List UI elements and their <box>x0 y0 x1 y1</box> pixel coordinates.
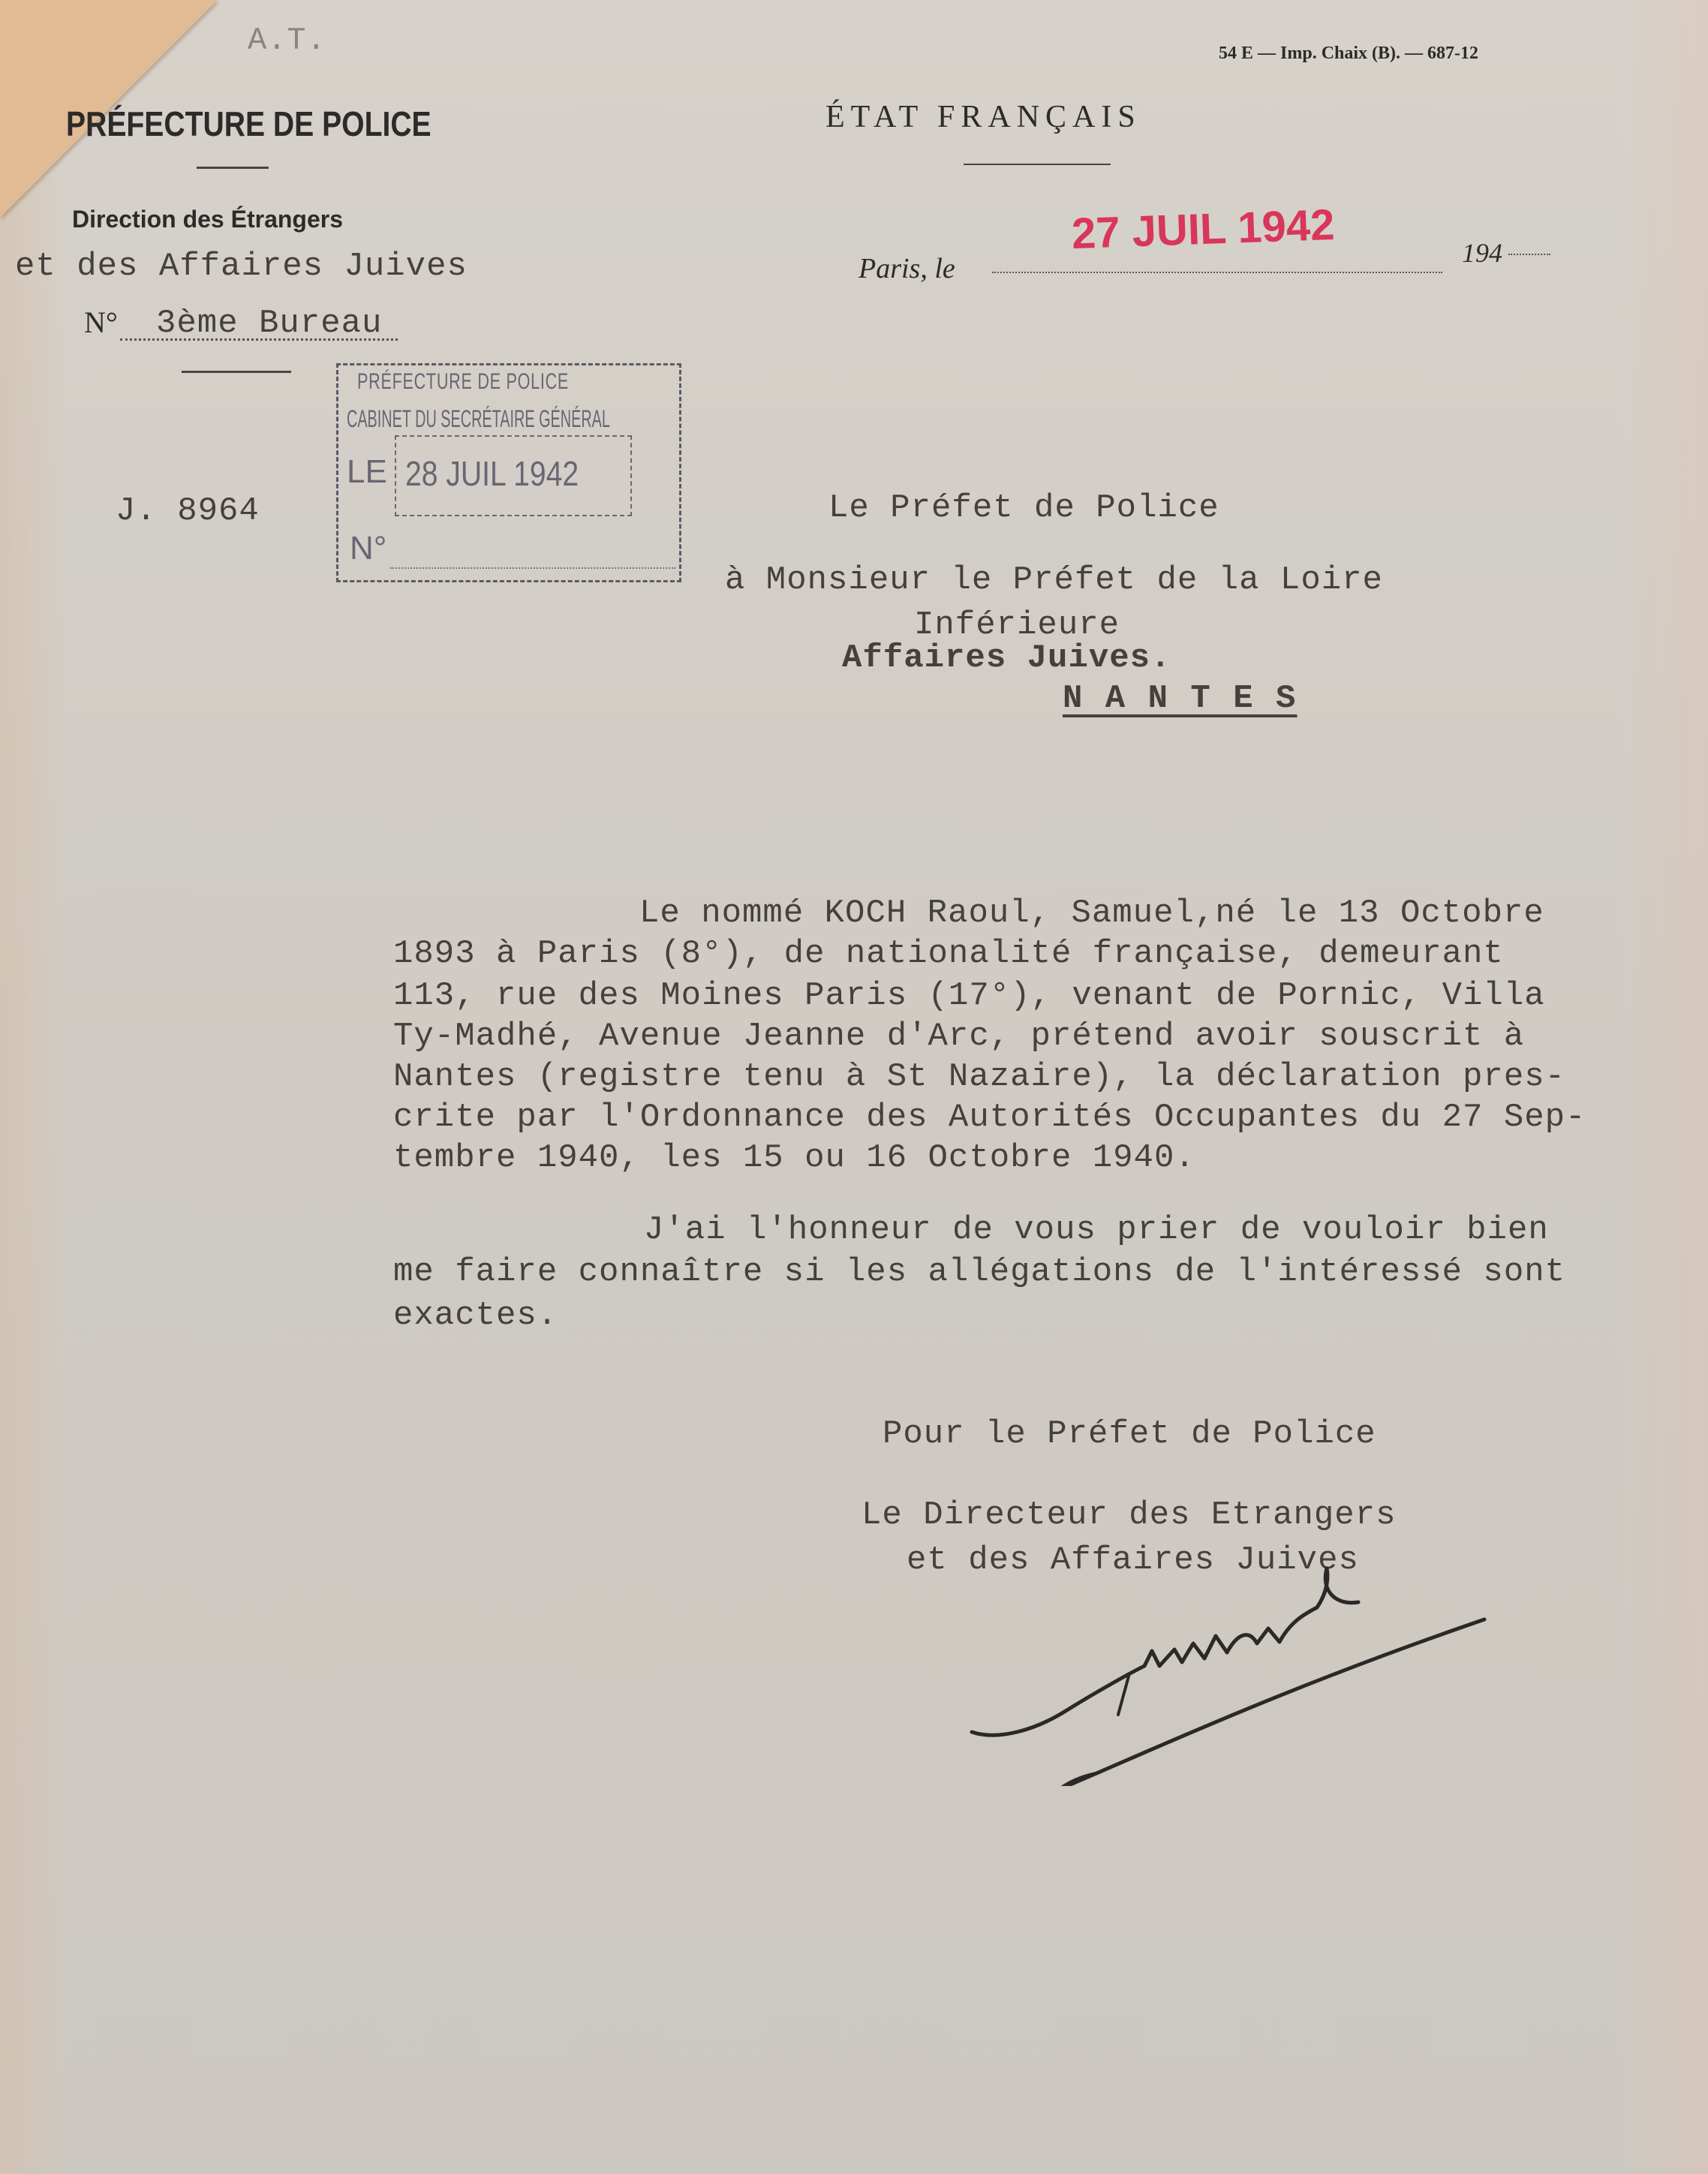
body-line: Ty-Madhé, Avenue Jeanne d'Arc, prétend a… <box>393 1018 1524 1055</box>
recipient-line-3: Affaires Juives. <box>842 639 1171 677</box>
office-mark: A.T. <box>248 23 326 59</box>
body-line: 113, rue des Moines Paris (17°), venant … <box>393 977 1545 1015</box>
reception-stamp-le: LE <box>347 453 387 491</box>
recipient-city: N A N T E S <box>1063 680 1297 717</box>
year-dotted-line <box>1508 254 1550 255</box>
body-line: Le nommé KOCH Raoul, Samuel,né le 13 Oct… <box>639 895 1544 932</box>
recipient-line-1: à Monsieur le Préfet de la Loire <box>725 561 1383 599</box>
body-line: crite par l'Ordonnance des Autorités Occ… <box>393 1099 1586 1136</box>
sender: Le Préfet de Police <box>828 489 1219 527</box>
reception-stamp-line-2: CABINET DU SECRÉTAIRE GÉNÉRAL <box>347 405 610 433</box>
direction-line-1: Direction des Étrangers <box>72 206 343 233</box>
body-line: Nantes (registre tenu à St Nazaire), la … <box>393 1058 1565 1096</box>
handwritten-signature <box>968 1561 1508 1786</box>
body-line: me faire connaître si les allégations de… <box>393 1253 1565 1291</box>
number-label: N° <box>84 305 118 340</box>
recipient-line-2: Inférieure <box>914 606 1120 644</box>
closing-line-1: Pour le Préfet de Police <box>883 1415 1376 1453</box>
direction-line-2: et des Affaires Juives <box>15 248 468 285</box>
reception-stamp-line-1: PRÉFECTURE DE POLICE <box>357 369 569 395</box>
place-label: Paris, le <box>859 252 955 285</box>
year-prefix: 194 <box>1462 237 1502 269</box>
divider <box>197 167 269 169</box>
date-dotted-line <box>992 272 1442 273</box>
state-title: ÉTAT FRANÇAIS <box>825 99 1141 135</box>
institution-name: PRÉFECTURE DE POLICE <box>66 104 432 144</box>
closing-line-2: Le Directeur des Etrangers <box>862 1496 1397 1534</box>
body-line: exactes. <box>393 1297 558 1334</box>
printer-mark: 54 E — Imp. Chaix (B). — 687-12 <box>1219 44 1478 64</box>
reception-stamp-date: 28 JUIL 1942 <box>405 453 579 494</box>
divider <box>182 371 291 373</box>
body-line: tembre 1940, les 15 ou 16 Octobre 1940. <box>393 1139 1195 1177</box>
body-line: J'ai l'honneur de vous prier de vouloir … <box>644 1211 1549 1249</box>
date-stamp: 27 JUIL 1942 <box>1071 200 1336 259</box>
reception-stamp-no-line <box>390 567 675 569</box>
bureau: 3ème Bureau <box>156 305 382 342</box>
reception-stamp-no: N° <box>350 530 386 567</box>
divider <box>964 164 1111 165</box>
body-line: 1893 à Paris (8°), de nationalité frança… <box>393 935 1504 973</box>
reference-number: J. 8964 <box>116 492 260 530</box>
